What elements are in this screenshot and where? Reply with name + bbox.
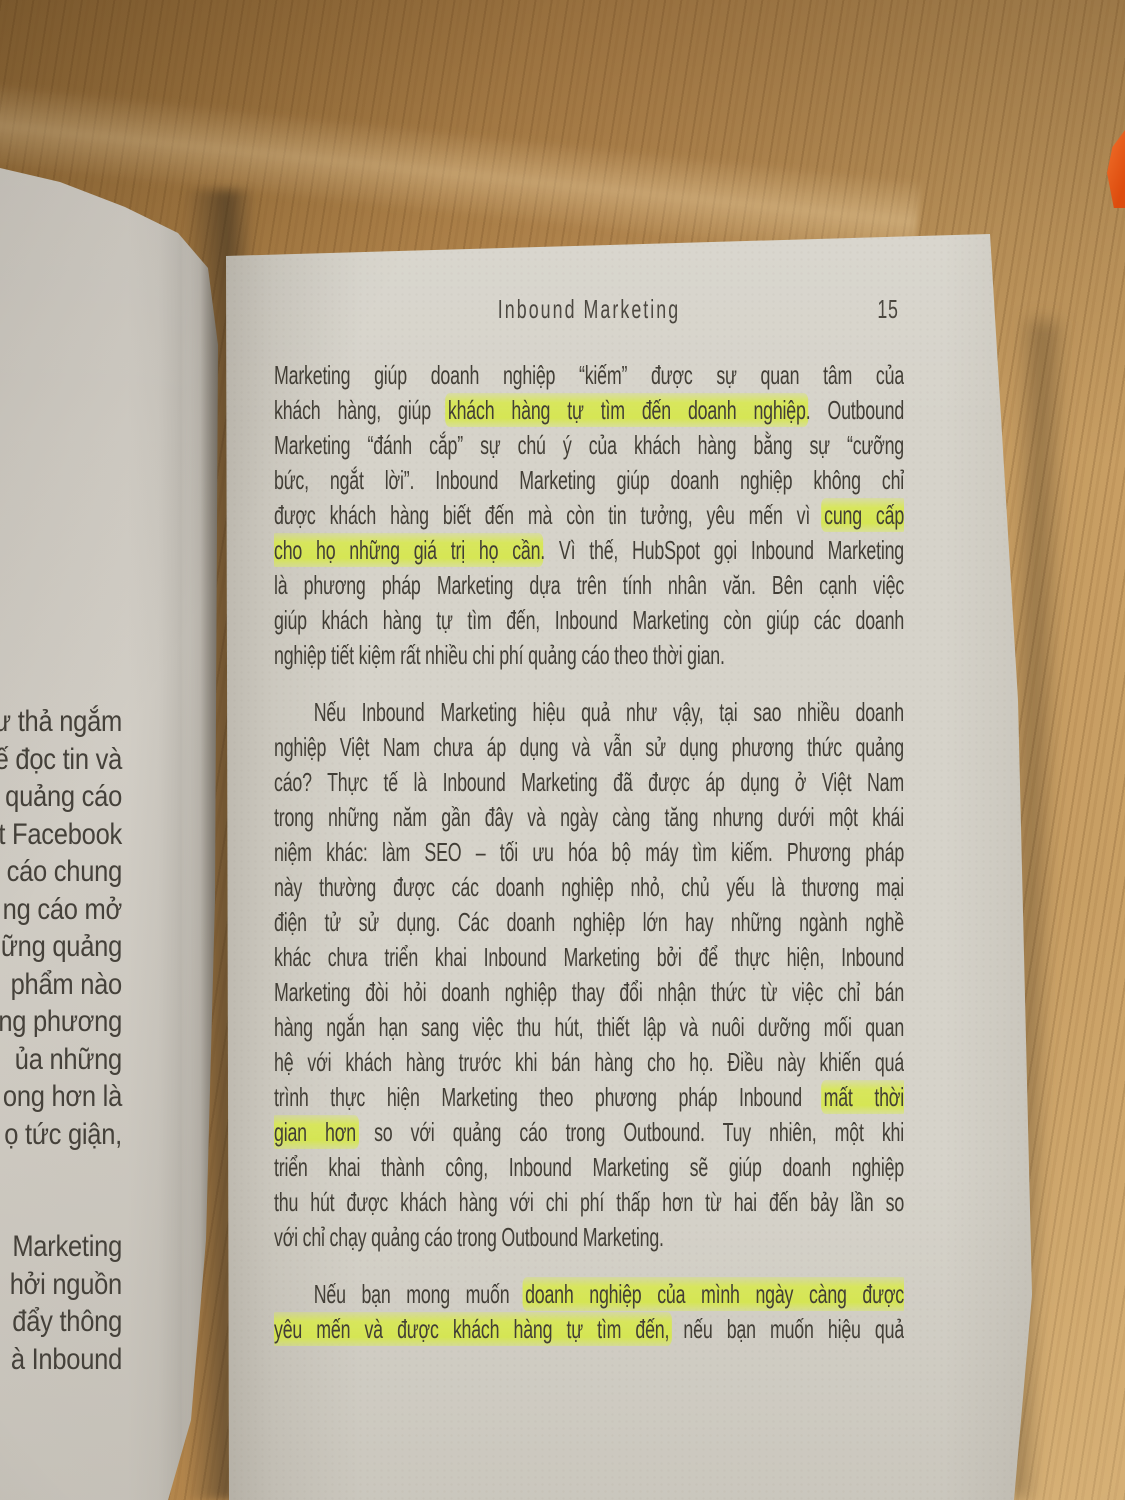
text-line: gian hơn so với quảng cáo trong Outbound… <box>274 1115 904 1150</box>
left-page-line-fragment: ư thả ngắm <box>0 703 122 741</box>
left-page-line-fragment: Marketing <box>0 1228 122 1266</box>
text-segment: trong những năm gần đây và ngày càng tăn… <box>274 802 904 832</box>
text-line: trình thực hiện Marketing theo phương ph… <box>274 1080 904 1115</box>
text-segment: giúp khách hàng tự tìm đến, Inbound Mark… <box>274 605 904 635</box>
text-line: khách hàng, giúp khách hàng tự tìm đến d… <box>274 393 904 428</box>
text-line: yêu mến và được khách hàng tự tìm đến, n… <box>274 1312 904 1347</box>
text-segment: . Vì thế, HubSpot gọi Inbound Marketing <box>540 535 904 565</box>
text-segment: Marketing giúp doanh nghiệp “kiếm” được … <box>274 360 904 390</box>
text-segment: so với quảng cáo trong Outbound. Tuy nhi… <box>356 1117 904 1147</box>
text-segment: Nếu bạn mong muốn <box>314 1279 525 1309</box>
highlighted-text: doanh nghiệp của mình ngày càng được <box>522 1277 904 1311</box>
text-line: nghiệp Việt Nam chưa áp dụng và vẫn sử d… <box>274 730 904 765</box>
text-segment: hàng ngắn hạn sang việc thu hút, thiết l… <box>274 1012 904 1042</box>
text-line: bức, ngắt lời”. Inbound Marketing giúp d… <box>274 463 904 498</box>
paragraph: Marketing giúp doanh nghiệp “kiếm” được … <box>274 358 904 673</box>
highlighted-text: khách hàng tự tìm đến doanh nghiệp <box>445 393 808 427</box>
text-segment: bức, ngắt lời”. Inbound Marketing giúp d… <box>274 465 904 495</box>
text-segment: nếu bạn muốn hiệu quả <box>669 1314 904 1344</box>
text-line: Marketing giúp doanh nghiệp “kiếm” được … <box>274 358 904 393</box>
text-line: trong những năm gần đây và ngày càng tăn… <box>274 800 904 835</box>
text-line: triển khai thành công, Inbound Marketing… <box>274 1150 904 1185</box>
text-segment: hệ với khách hàng trước khi bán hàng cho… <box>274 1047 904 1077</box>
text-line: khác chưa triển khai Inbound Marketing b… <box>274 940 904 975</box>
left-page-line-fragment: ững quảng <box>0 928 122 966</box>
text-line: là phương pháp Marketing dựa trên tính n… <box>274 568 904 603</box>
text-line: điện tử sử dụng. Các doanh nghiệp lớn ha… <box>274 905 904 940</box>
highlighted-text: cung cấp <box>821 498 904 532</box>
text-segment: nghiệp Việt Nam chưa áp dụng và vẫn sử d… <box>274 732 904 762</box>
text-line: Nếu bạn mong muốn doanh nghiệp của mình … <box>274 1277 904 1312</box>
text-line: thu hút được khách hàng với chi phí thấp… <box>274 1185 904 1220</box>
text-line: Marketing “đánh cắp” sự chú ý của khách … <box>274 428 904 463</box>
left-page-line-fragment: ong hơn là <box>0 1078 122 1116</box>
text-segment: Marketing “đánh cắp” sự chú ý của khách … <box>274 430 904 460</box>
text-segment: . Outbound <box>806 395 904 425</box>
left-page-line-fragment: cáo chung <box>0 853 122 891</box>
text-segment: Marketing đòi hỏi doanh nghiệp thay đổi … <box>274 977 904 1007</box>
page-number: 15 <box>877 294 898 324</box>
text-segment: nghiệp tiết kiệm rất nhiều chi phí quảng… <box>274 640 725 670</box>
text-line: hàng ngắn hạn sang việc thu hút, thiết l… <box>274 1010 904 1045</box>
text-segment: này thường được các doanh nghiệp nhỏ, ch… <box>274 872 904 902</box>
text-segment: là phương pháp Marketing dựa trên tính n… <box>274 570 904 600</box>
text-line: giúp khách hàng tự tìm đến, Inbound Mark… <box>274 603 904 638</box>
text-line: cho họ những giá trị họ cần. Vì thế, Hub… <box>274 533 904 568</box>
text-segment: trình thực hiện Marketing theo phương ph… <box>274 1082 824 1112</box>
left-page-line-fragment: ng phương <box>0 1003 122 1041</box>
text-segment: điện tử sử dụng. Các doanh nghiệp lớn ha… <box>274 907 904 937</box>
highlighted-text: yêu mến và được khách hàng tự tìm đến, <box>274 1312 672 1346</box>
text-line: cáo? Thực tế là Inbound Marketing đã đượ… <box>274 765 904 800</box>
left-page-line-fragment: à Inbound <box>0 1341 122 1379</box>
text-segment: cáo? Thực tế là Inbound Marketing đã đượ… <box>274 767 904 797</box>
left-page-line-fragment: t Facebook <box>0 816 122 854</box>
paragraph: Nếu bạn mong muốn doanh nghiệp của mình … <box>274 1277 904 1347</box>
book-photo-scene: ư thả ngắmế đọc tin vàquảng cáot Faceboo… <box>0 0 1125 1500</box>
text-segment: thu hút được khách hàng với chi phí thấp… <box>274 1187 904 1217</box>
right-page: Inbound Marketing 15 Marketing giúp doan… <box>210 228 1034 1500</box>
text-segment: khác chưa triển khai Inbound Marketing b… <box>274 942 904 972</box>
running-title: Inbound Marketing <box>498 294 680 324</box>
highlighted-text: cho họ những giá trị họ cần <box>274 533 543 567</box>
text-segment: Nếu Inbound Marketing hiệu quả như vậy, … <box>314 697 904 727</box>
text-segment: niệm khác: làm SEO – tối ưu hóa bộ máy t… <box>274 837 904 867</box>
text-line: nghiệp tiết kiệm rất nhiều chi phí quảng… <box>274 638 904 673</box>
text-line: niệm khác: làm SEO – tối ưu hóa bộ máy t… <box>274 835 904 870</box>
left-page-line-fragment: hởi nguồn <box>0 1266 122 1304</box>
left-page-line-fragment: ế đọc tin và <box>0 741 122 779</box>
text-line: Nếu Inbound Marketing hiệu quả như vậy, … <box>274 695 904 730</box>
text-line: với chỉ chạy quảng cáo trong Outbound Ma… <box>274 1220 904 1255</box>
left-page-line-fragment: ọ tức giận, <box>0 1116 122 1154</box>
text-segment: được khách hàng biết đến mà còn tin tưởn… <box>274 500 824 530</box>
text-line: Marketing đòi hỏi doanh nghiệp thay đổi … <box>274 975 904 1010</box>
left-page-line-fragment <box>0 1153 122 1191</box>
text-segment: với chỉ chạy quảng cáo trong Outbound Ma… <box>274 1222 664 1252</box>
highlighted-text: mất thời <box>821 1080 904 1114</box>
text-segment: khách hàng, giúp <box>274 395 448 425</box>
text-line: hệ với khách hàng trước khi bán hàng cho… <box>274 1045 904 1080</box>
highlighted-text: gian hơn <box>274 1115 359 1149</box>
paragraph: Nếu Inbound Marketing hiệu quả như vậy, … <box>274 695 904 1255</box>
page-body-text: Marketing giúp doanh nghiệp “kiếm” được … <box>274 358 904 1347</box>
text-segment: triển khai thành công, Inbound Marketing… <box>274 1152 904 1182</box>
left-page-text-fragments: ư thả ngắmế đọc tin vàquảng cáot Faceboo… <box>0 703 122 1378</box>
left-page-line-fragment: quảng cáo <box>0 778 122 816</box>
left-page-line-fragment <box>0 1191 122 1229</box>
page-header: Inbound Marketing 15 <box>274 294 904 324</box>
left-page-line-fragment: ng cáo mở <box>0 891 122 929</box>
text-line: được khách hàng biết đến mà còn tin tưởn… <box>274 498 904 533</box>
left-page-line-fragment: phẩm nào <box>0 966 122 1004</box>
left-page-line-fragment: đẩy thông <box>0 1303 122 1341</box>
text-line: này thường được các doanh nghiệp nhỏ, ch… <box>274 870 904 905</box>
left-page-line-fragment: ủa những <box>0 1041 122 1079</box>
